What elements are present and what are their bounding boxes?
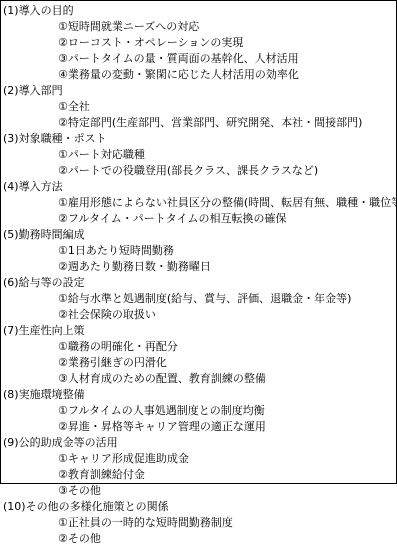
section-heading-6: (6)給与等の設定 <box>2 275 396 291</box>
section-4-item-1: ①雇用形態によらない社員区分の整備(時間、転居有無、職種・職位等) <box>2 195 396 211</box>
section-1-item-4: ④業務量の変動・繁閑に応じた人材活用の効率化 <box>2 67 396 83</box>
section-5-item-1: ①1日あたり短時間勤務 <box>2 243 396 259</box>
section-6-item-2: ②社会保険の取扱い <box>2 307 396 323</box>
section-8-item-1: ①フルタイムの人事処遇制度との制度均衡 <box>2 403 396 419</box>
section-9-item-2: ②教育訓練給付金 <box>2 467 396 483</box>
section-3-item-1: ①パート対応職種 <box>2 147 396 163</box>
section-heading-9: (9)公的助成金等の活用 <box>2 435 396 451</box>
section-7-item-3: ③人材育成のための配置、教育訓練の整備 <box>2 371 396 387</box>
section-heading-4: (4)導入方法 <box>2 179 396 195</box>
section-heading-5: (5)勤務時間編成 <box>2 227 396 243</box>
section-6-item-1: ①給与水準と処遇制度(給与、賞与、評価、退職金・年金等) <box>2 291 396 307</box>
section-9-item-1: ①キャリア形成促進助成金 <box>2 451 396 467</box>
section-heading-2: (2)導入部門 <box>2 83 396 99</box>
section-1-item-3: ③パートタイムの量・質両面の基幹化、人材活用 <box>2 51 396 67</box>
section-1-item-2: ②ローコスト・オペレーションの実現 <box>2 35 396 51</box>
outline-list: (1)導入の目的 ①短時間就業ニーズへの対応 ②ローコスト・オペレーションの実現… <box>2 3 396 484</box>
section-5-item-2: ②週あたり勤務日数・勤務曜日 <box>2 259 396 275</box>
section-4-item-2: ②フルタイム・パートタイムの相互転換の確保 <box>2 211 396 227</box>
section-3-item-2: ②パートでの役職登用(部長クラス、課長クラスなど) <box>2 163 396 179</box>
document-frame: (1)導入の目的 ①短時間就業ニーズへの対応 ②ローコスト・オペレーションの実現… <box>0 0 397 484</box>
section-heading-1: (1)導入の目的 <box>2 3 396 19</box>
section-heading-3: (3)対象職種・ポスト <box>2 131 396 147</box>
section-heading-7: (7)生産性向上策 <box>2 323 396 339</box>
section-heading-8: (8)実施環境整備 <box>2 387 396 403</box>
section-7-item-1: ①職務の明確化・再配分 <box>2 339 396 355</box>
section-7-item-2: ②業務引継ぎの円滑化 <box>2 355 396 371</box>
section-1-item-1: ①短時間就業ニーズへの対応 <box>2 19 396 35</box>
section-2-item-2: ②特定部門(生産部門、営業部門、研究開発、本社・間接部門) <box>2 115 396 131</box>
section-2-item-1: ①全社 <box>2 99 396 115</box>
section-8-item-2: ②昇進・昇格等キャリア管理の適正な運用 <box>2 419 396 435</box>
